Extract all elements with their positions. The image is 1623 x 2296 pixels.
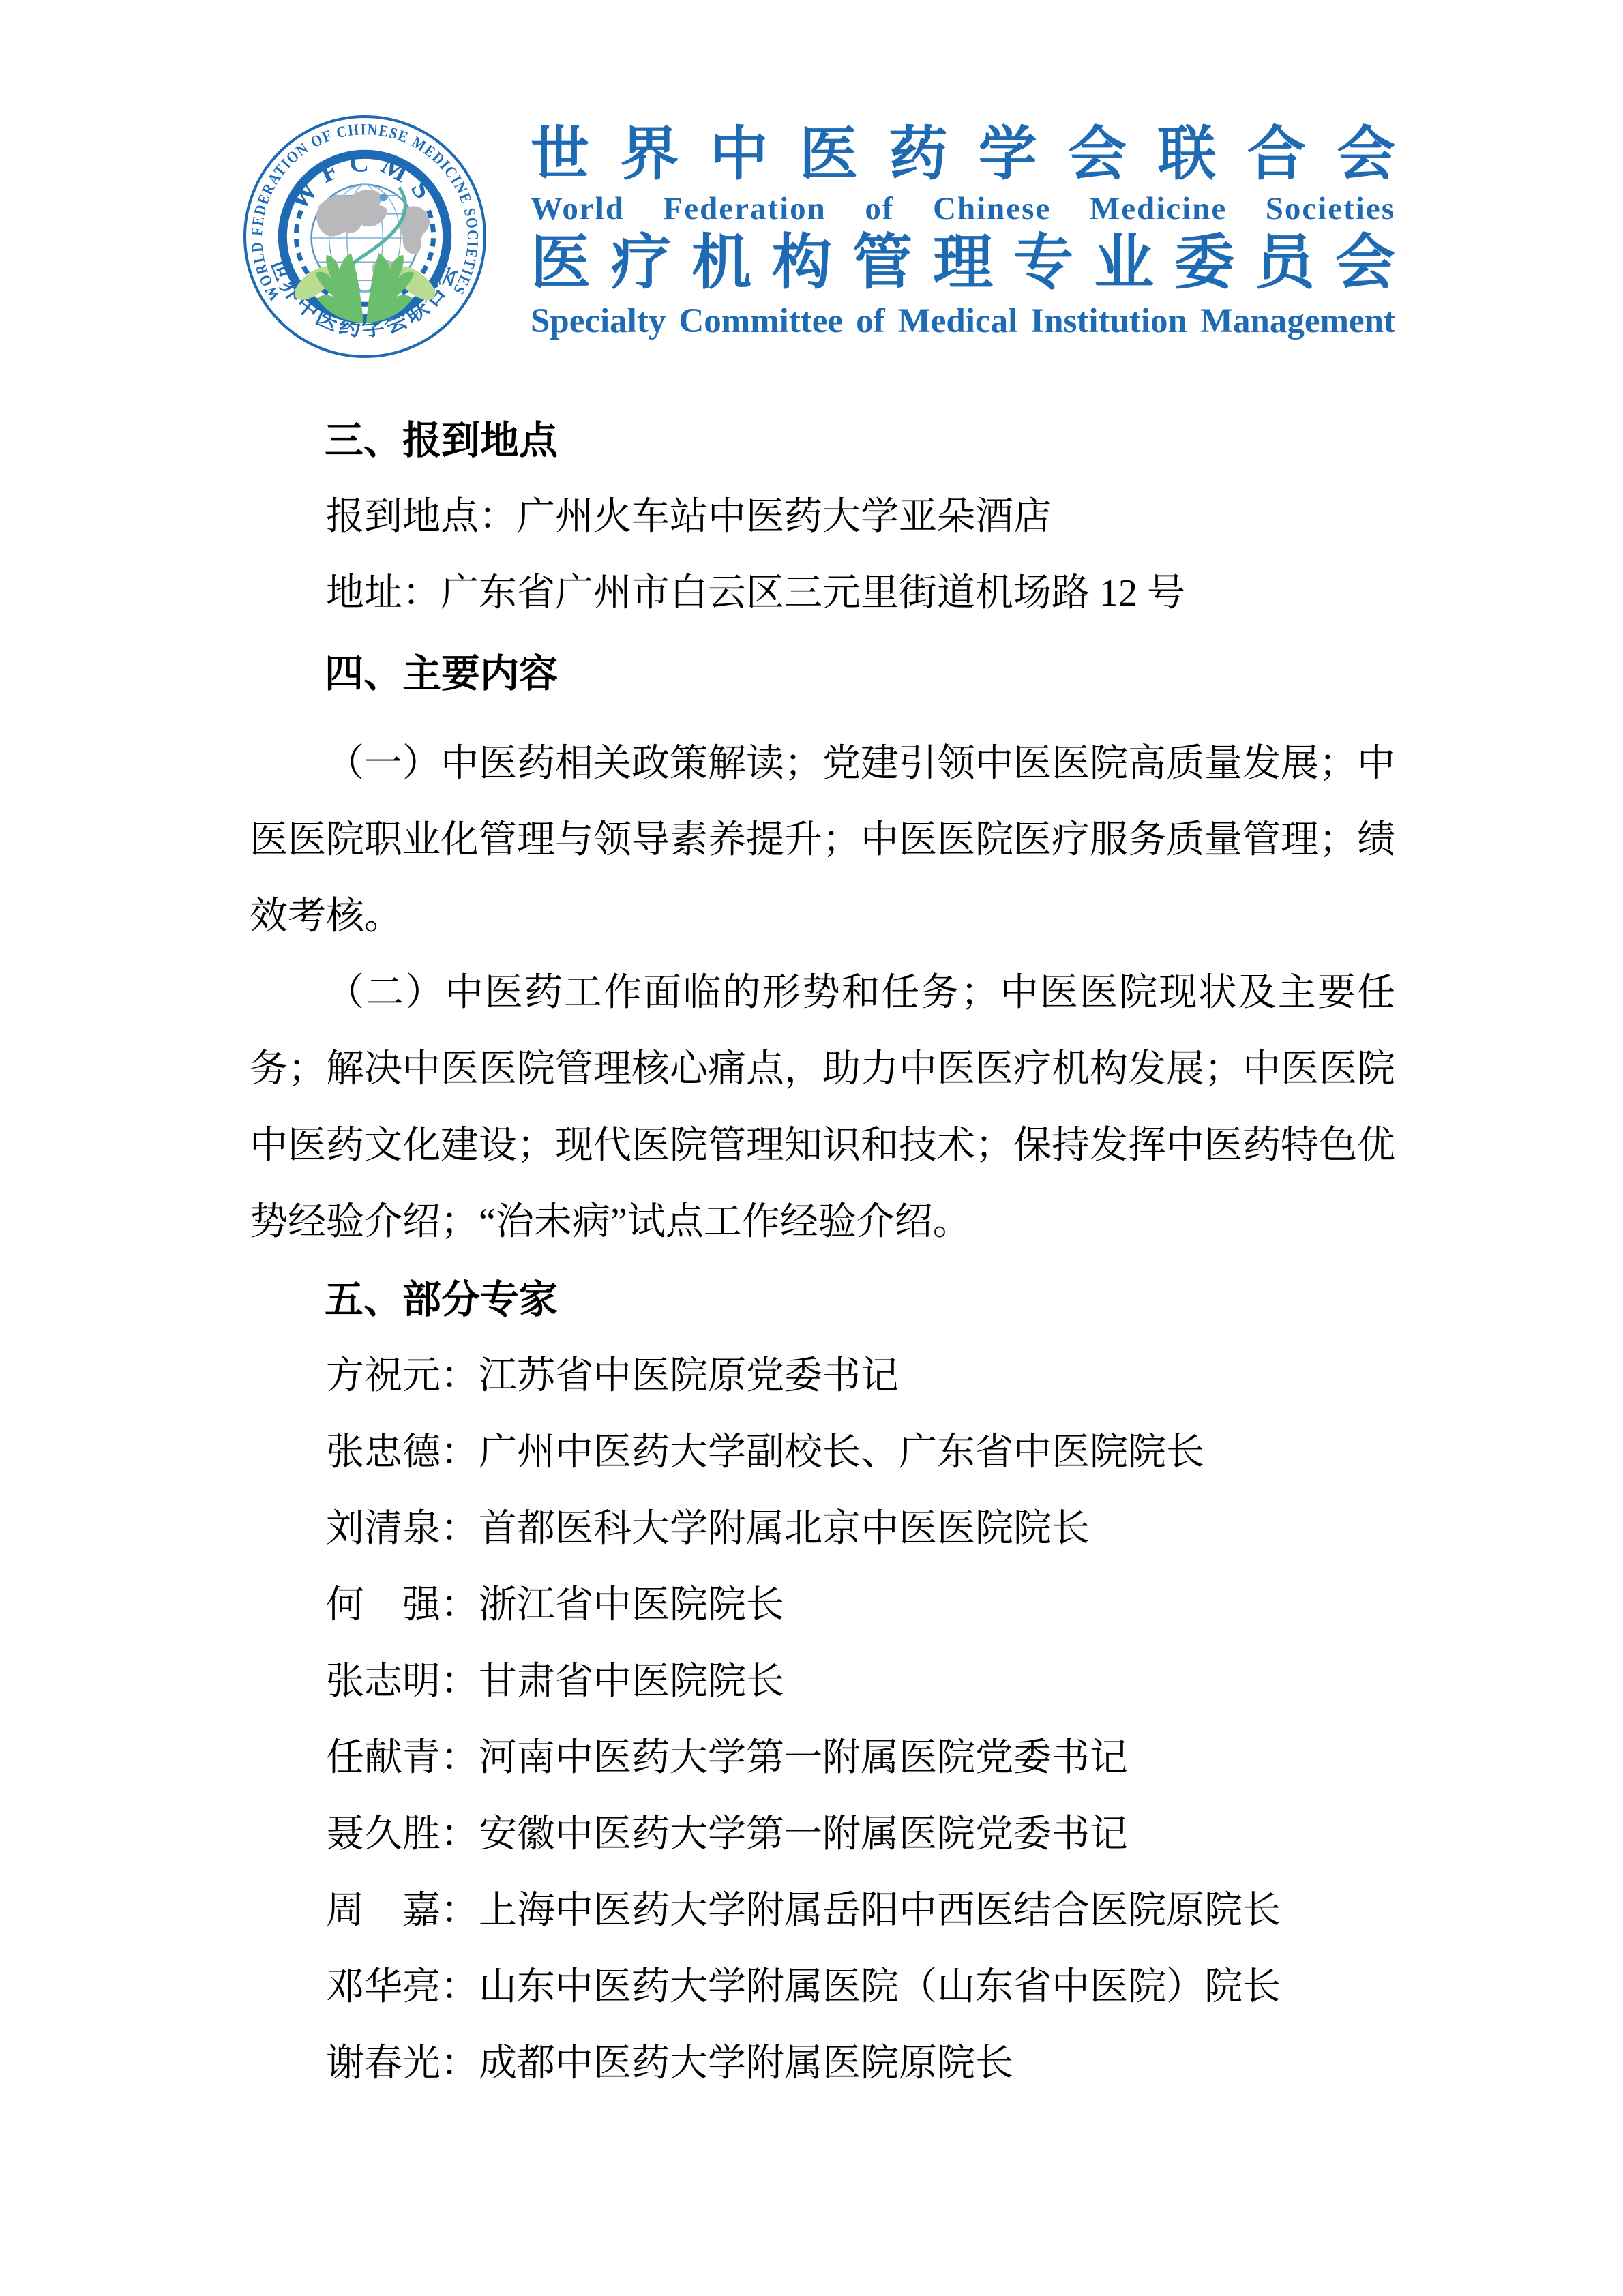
section5-heading: 五、部分专家 [250, 1262, 1395, 1338]
document-body: 三、报到地点 报到地点：广州火车站中医药大学亚朵酒店 地址：广东省广州市白云区三… [250, 0, 1395, 2102]
expert-list: 方祝元：江苏省中医院原党委书记 张忠德：广州中医药大学副校长、广东省中医院院长 … [250, 1338, 1395, 2102]
content-paragraph-2: （二）中医药工作面临的形势和任务；中医医院现状及主要任务；解决中医医院管理核心痛… [250, 955, 1395, 1260]
expert-item: 刘清泉：首都医科大学附属北京中医医院院长 [250, 1491, 1395, 1567]
expert-item: 周 嘉：上海中医药大学附属岳阳中西医结合医院原院长 [250, 1873, 1395, 1949]
content-paragraph-1: （一）中医药相关政策解读；党建引领中医医院高质量发展；中医医院职业化管理与领导素… [250, 726, 1395, 955]
address-line: 地址：广东省广州市白云区三元里街道机场路 12 号 [250, 555, 1395, 631]
section4-heading: 四、主要内容 [250, 636, 1395, 712]
registration-location-line: 报到地点：广州火车站中医药大学亚朵酒店 [250, 479, 1395, 555]
expert-item: 邓华亮：山东中医药大学附属医院（山东省中医院）院长 [250, 1949, 1395, 2025]
expert-item: 张忠德：广州中医药大学副校长、广东省中医院院长 [250, 1414, 1395, 1491]
expert-item: 方祝元：江苏省中医院原党委书记 [250, 1338, 1395, 1414]
expert-item: 任献青：河南中医药大学第一附属医院党委书记 [250, 1720, 1395, 1796]
section3-heading: 三、报到地点 [250, 402, 1395, 479]
expert-item: 张志明：甘肃省中医院院长 [250, 1643, 1395, 1720]
expert-item: 谢春光：成都中医药大学附属医院原院长 [250, 2025, 1395, 2102]
document-page: WORLD FEDERATION OF CHINESE MEDICINE SOC… [0, 0, 1623, 2296]
expert-item: 聂久胜：安徽中医药大学第一附属医院党委书记 [250, 1796, 1395, 1873]
expert-item: 何 强：浙江省中医院院长 [250, 1567, 1395, 1643]
